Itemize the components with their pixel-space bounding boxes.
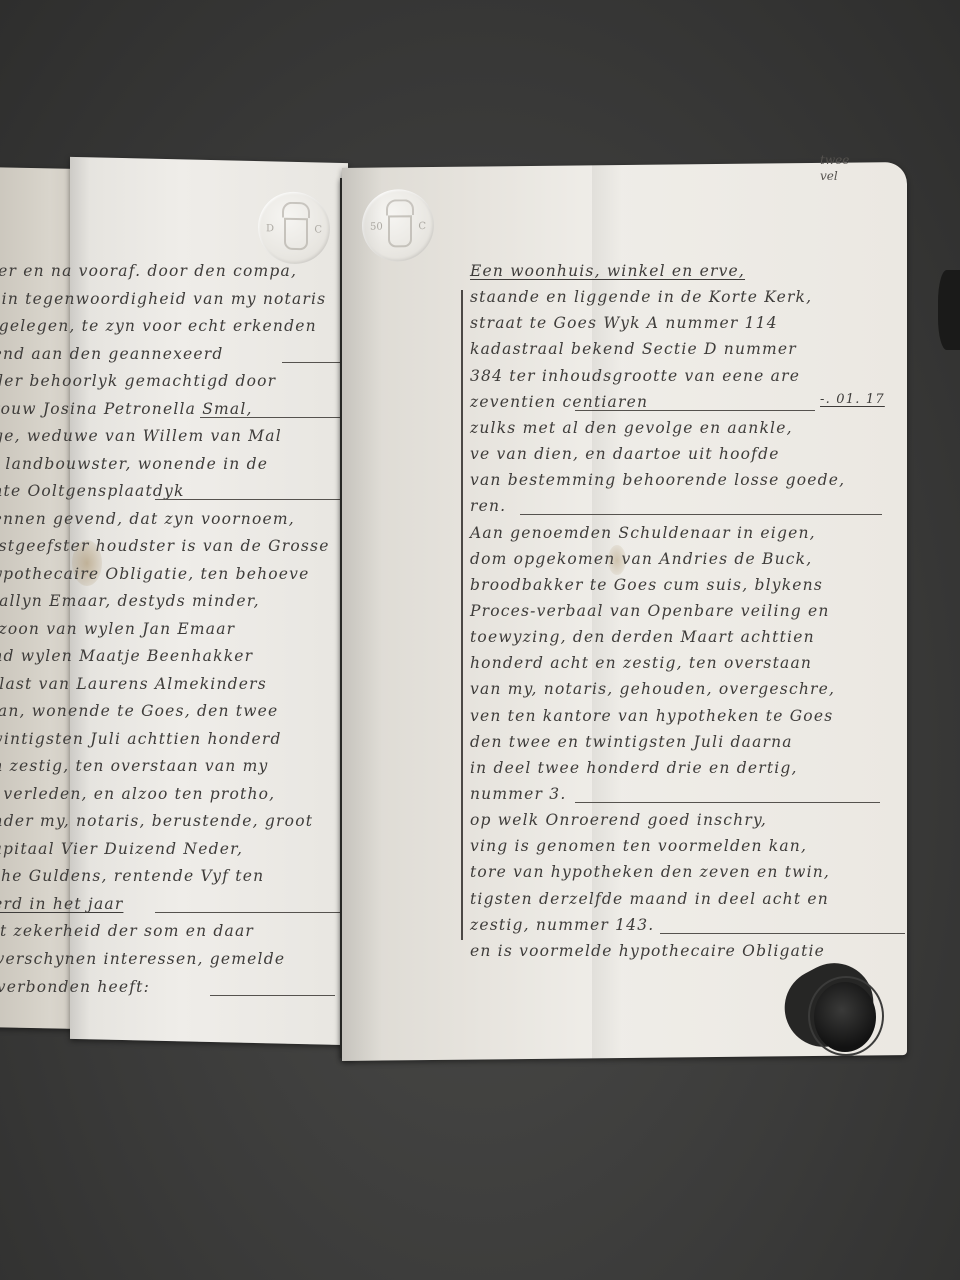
paperweight-top <box>814 982 876 1052</box>
paperweight <box>782 962 890 1058</box>
handwritten-line: n last van Laurens Almekinders <box>0 675 267 693</box>
handwritten-line: op welk Onroerend goed inschry, <box>470 811 767 829</box>
handwritten-line: tot zekerheid der som en daar <box>0 922 254 940</box>
dark-object-edge <box>938 270 960 350</box>
handwritten-line: 384 ter inhoudsgrootte van eene are <box>470 367 800 385</box>
handwritten-line: twintigsten Juli achttien honderd <box>0 730 282 748</box>
handwritten-line: n, landbouwster, wonende in de <box>0 455 268 473</box>
handwritten-line: tore van hypotheken den zeven en twin, <box>470 863 830 881</box>
filler-rule <box>520 514 882 515</box>
handwritten-line: en zestig, ten overstaan van my <box>0 757 268 775</box>
seal-value-right: C <box>418 221 426 232</box>
handwritten-line: in deel twee honderd drie en dertig, <box>470 759 798 777</box>
handwritten-line: kend aan den geannexeerd <box>0 345 224 363</box>
handwritten-line: ven ten kantore van hypotheken te Goes <box>470 707 833 725</box>
handwritten-line: honderd acht en zestig, ten overstaan <box>470 654 812 672</box>
handwritten-line: ving is genomen ten voormelden kan, <box>470 837 807 855</box>
handwritten-line: broodbakker te Goes cum suis, blykens <box>470 576 823 594</box>
handwritten-line: t verschynen interessen, gemelde <box>0 950 285 968</box>
handwritten-line: kapitaal Vier Duizend Neder, <box>0 840 243 858</box>
handwritten-line: lastgeefster houdster is van de Grosse <box>0 537 330 555</box>
handwritten-line: t, in tegenwoordigheid van my notaris <box>0 290 326 308</box>
coat-of-arms-icon <box>284 218 308 251</box>
handwritten-line: Mallyn Emaar, destyds minder, <box>0 592 260 610</box>
handwritten-line: tigsten derzelfde maand in deel acht en <box>470 890 829 908</box>
handwritten-line: s, verleden, en alzoo ten protho, <box>0 785 275 803</box>
corner-note-line: vel <box>820 168 849 184</box>
handwritten-line: kadastraal bekend Sectie D nummer <box>470 340 797 358</box>
handwritten-line: zestig, nummer 143. <box>470 916 654 934</box>
handwritten-line: sche Guldens, rentende Vyf ten <box>0 867 264 885</box>
handwritten-line: staande en liggende in de Korte Kerk, <box>470 288 812 306</box>
margin-rule <box>461 290 463 940</box>
embossed-seal-left: D C <box>258 191 330 265</box>
corner-note-line: twee <box>820 152 849 168</box>
handwritten-line: Een woonhuis, winkel en erve, <box>470 262 745 280</box>
handwritten-line: ve van dien, en daartoe uit hoofde <box>470 445 780 463</box>
handwritten-line: toewyzing, den derden Maart achttien <box>470 628 815 646</box>
handwritten-line: van bestemming behoorende losse goede, <box>470 471 845 489</box>
handwritten-line: derd in het jaar <box>0 895 123 913</box>
filler-rule <box>200 417 345 418</box>
crown-icon <box>282 202 310 219</box>
handwritten-line: Aan genoemden Schuldenaar in eigen, <box>470 524 816 542</box>
filler-rule <box>575 802 880 803</box>
handwritten-line: nder behoorlyk gemachtigd door <box>0 372 276 390</box>
seal-value-left: D <box>266 223 274 234</box>
fold-shadow <box>342 168 382 1061</box>
corner-note: twee vel <box>820 152 849 184</box>
handwritten-line: onder my, notaris, berustende, groot <box>0 812 313 830</box>
filler-rule <box>575 410 815 411</box>
filler-rule <box>660 933 905 934</box>
filler-rule <box>282 362 348 363</box>
coat-of-arms-icon <box>388 215 412 247</box>
handwritten-line: kennen gevend, dat zyn voornoem, <box>0 510 295 528</box>
handwritten-line: zeventien centiaren <box>470 393 648 411</box>
filler-rule <box>210 995 335 996</box>
handwritten-line: nge, weduwe van Willem van Mal <box>0 427 282 445</box>
handwritten-line: ren. <box>470 497 506 515</box>
area-value: -. 01. 17 <box>820 392 885 407</box>
handwritten-line: end wylen Maatje Beenhakker <box>0 647 253 665</box>
seal-value-right: C <box>314 224 322 235</box>
filler-rule <box>155 912 340 913</box>
handwritten-line: straat te Goes Wyk A nummer 114 <box>470 314 778 332</box>
handwritten-line: lyer en na vooraf. door den compa, <box>0 262 297 280</box>
handwritten-line: nummer 3. <box>470 785 566 803</box>
handwritten-line: Proces-verbaal van Openbare veiling en <box>470 602 830 620</box>
handwritten-line: vrouw Josina Petronella Smal, <box>0 400 253 418</box>
handwritten-line: man, wonende te Goes, den twee <box>0 702 278 720</box>
handwritten-line: van my, notaris, gehouden, overgeschre, <box>470 680 835 698</box>
handwritten-line: e zoon van wylen Jan Emaar <box>0 620 235 638</box>
handwritten-line: r verbonden heeft: <box>0 978 150 996</box>
handwritten-line: dom opgekomen van Andries de Buck, <box>470 550 812 568</box>
handwritten-line: ente Ooltgensplaatdyk <box>0 482 185 500</box>
handwritten-line: zulks met al den gevolge en aankle, <box>470 419 793 437</box>
handwritten-line: en is voormelde hypothecaire Obligatie <box>470 942 825 960</box>
filler-rule <box>155 499 347 500</box>
handwritten-line: hypothecaire Obligatie, ten behoeve <box>0 565 310 583</box>
handwritten-line: k gelegen, te zyn voor echt erkenden <box>0 317 317 335</box>
crown-icon <box>386 199 414 215</box>
handwritten-line: den twee en twintigsten Juli daarna <box>470 733 793 751</box>
